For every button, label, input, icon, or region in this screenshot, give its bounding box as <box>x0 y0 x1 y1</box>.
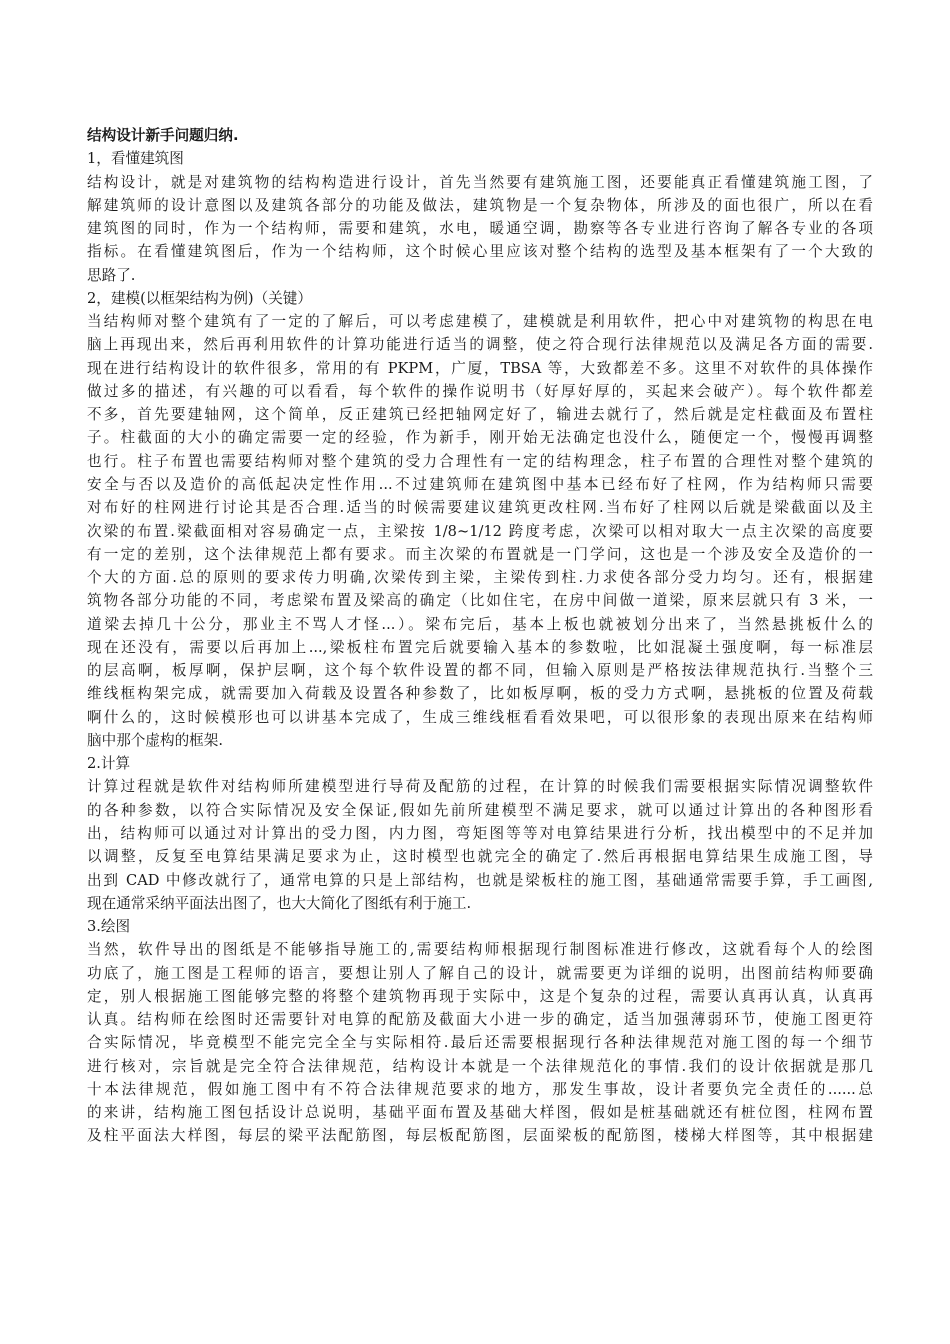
paragraph-line: 个大的方面.总的原则的要求传力明确,次梁传到主梁，主梁传到柱.力求使各部分受力均… <box>87 566 873 589</box>
section-heading-1: 1，看懂建筑图 <box>87 147 873 170</box>
paragraph-line: 不多，首先要建轴网，这个简单，反正建筑已经把轴网定好了，输进去就行了，然后就是定… <box>87 403 873 426</box>
paragraph-line: 计算过程就是软件对结构师所建模型进行导荷及配筋的过程，在计算的时候我们需要根据实… <box>87 775 873 798</box>
paragraph-line: 有一定的差别，这个法律规范上都有要求。而主次梁的布置就是一门学问，这也是一个涉及… <box>87 543 873 566</box>
paragraph-line: 定，别人根据施工图能够完整的将整个建筑物再现于实际中，这是个复杂的过程，需要认真… <box>87 985 873 1008</box>
paragraph-line: 解建筑师的设计意图以及建筑各部分的功能及做法，建筑物是一个复杂物体，所涉及的面也… <box>87 194 873 217</box>
paragraph-line: 以调整，反复至电算结果满足要求为止，这时模型也就完全的确定了.然后再根据电算结果… <box>87 845 873 868</box>
paragraph-line: 现在还没有，需要以后再加上...,梁板柱布置完后就要输入基本的参数啦，比如混凝土… <box>87 636 873 659</box>
paragraph-line: 结构设计，就是对建筑物的结构构造进行设计，首先当然要有建筑施工图，还要能真正看懂… <box>87 171 873 194</box>
paragraph-line: 进行核对，宗旨就是完全符合法律规范，结构设计本就是一个法律规范化的事情.我们的设… <box>87 1055 873 1078</box>
paragraph-line: 也行。柱子布置也需要结构师对整个建筑的受力合理性有一定的结构理念，柱子布置的合理… <box>87 450 873 473</box>
paragraph-line: 功底了，施工图是工程师的语言，要想让别人了解自己的设计，就需要更为详细的说明，出… <box>87 962 873 985</box>
paragraph-line: 的层高啊，板厚啊，保护层啊，这个每个软件设置的都不同，但输入原则是严格按法律规范… <box>87 659 873 682</box>
paragraph-line: 的来讲，结构施工图包括设计总说明，基础平面布置及基础大样图，假如是桩基础就还有桩… <box>87 1101 873 1124</box>
paragraph-line: 安全与否以及造价的高低起决定性作用...不过建筑师在建筑图中基本已经布好了柱网，… <box>87 473 873 496</box>
paragraph-line: 筑物各部分功能的不同，考虑梁布置及梁高的确定（比如住宅，在房中间做一道梁，原来层… <box>87 589 873 612</box>
paragraph-line: 认真。结构师在绘图时还需要针对电算的配筋及截面大小进一步的确定，适当加强薄弱环节… <box>87 1008 873 1031</box>
paragraph-line: 维线框构架完成，就需要加入荷载及设置各种参数了，比如板厚啊，板的受力方式啊，悬挑… <box>87 682 873 705</box>
paragraph-line: 指标。在看懂建筑图后，作为一个结构师，这个时候心里应该对整个结构的选型及基本框架… <box>87 240 873 263</box>
paragraph-line: 出到 CAD 中修改就行了，通常电算的只是上部结构，也就是梁板柱的施工图，基础通… <box>87 869 873 892</box>
paragraph-line: 当结构师对整个建筑有了一定的了解后，可以考虑建模了，建模就是利用软件，把心中对建… <box>87 310 873 333</box>
paragraph-line: 次梁的布置.梁截面相对容易确定一点，主梁按 1/8~1/12 跨度考虑，次梁可以… <box>87 520 873 543</box>
paragraph-line: 及柱平面法大样图，每层的梁平法配筋图，每层板配筋图，层面梁板的配筋图，楼梯大样图… <box>87 1124 873 1147</box>
document-page: 结构设计新手问题归纳. 1，看懂建筑图 结构设计，就是对建筑物的结构构造进行设计… <box>87 124 873 1148</box>
paragraph-line: 做过多的描述，有兴趣的可以看看，每个软件的操作说明书（好厚好厚的，买起来会破产）… <box>87 380 873 403</box>
paragraph-line: 出，结构师可以通过对计算出的受力图，内力图，弯矩图等等对电算结果进行分析，找出模… <box>87 822 873 845</box>
paragraph-line: 思路了. <box>87 264 873 287</box>
paragraph-line: 现在进行结构设计的软件很多，常用的有 PKPM，广厦，TBSA 等，大致都差不多… <box>87 357 873 380</box>
paragraph-line: 啊什么的，这时候模形也可以讲基本完成了，生成三维线框看看效果吧，可以很形象的表现… <box>87 706 873 729</box>
section-heading-2: 2，建模(以框架结构为例)（关键） <box>87 287 873 310</box>
paragraph-line: 合实际情况，毕竟模型不能完完全全与实际相符.最后还需要根据现行各种法律规范对施工… <box>87 1031 873 1054</box>
paragraph-line: 建筑图的同时，作为一个结构师，需要和建筑，水电，暖通空调，勘察等各专业进行咨询了… <box>87 217 873 240</box>
paragraph-line: 十本法律规范，假如施工图中有不符合法律规范要求的地方，那发生事故，设计者要负完全… <box>87 1078 873 1101</box>
paragraph-line: 现在通常采纳平面法出图了，也大大简化了图纸有利于施工. <box>87 892 873 915</box>
paragraph-line: 当然，软件导出的图纸是不能够指导施工的,需要结构师根据现行制图标准进行修改，这就… <box>87 938 873 961</box>
paragraph-line: 道梁去掉几十公分，那业主不骂人才怪...）。梁布完后，基本上板也就被划分出来了，… <box>87 613 873 636</box>
document-title: 结构设计新手问题归纳. <box>87 124 873 147</box>
paragraph-line: 子。柱截面的大小的确定需要一定的经验，作为新手，刚开始无法确定也没什么，随便定一… <box>87 426 873 449</box>
section-heading-4: 3.绘图 <box>87 915 873 938</box>
paragraph-line: 脑中那个虚构的框架. <box>87 729 873 752</box>
section-heading-3: 2.计算 <box>87 752 873 775</box>
paragraph-line: 对布好的柱网进行讨论其是否合理.适当的时候需要建议建筑更改柱网.当布好了柱网以后… <box>87 496 873 519</box>
paragraph-line: 脑上再现出来，然后再利用软件的计算功能进行适当的调整，使之符合现行法律规范以及满… <box>87 333 873 356</box>
paragraph-line: 的各种参数，以符合实际情况及安全保证,假如先前所建模型不满足要求，就可以通过计算… <box>87 799 873 822</box>
